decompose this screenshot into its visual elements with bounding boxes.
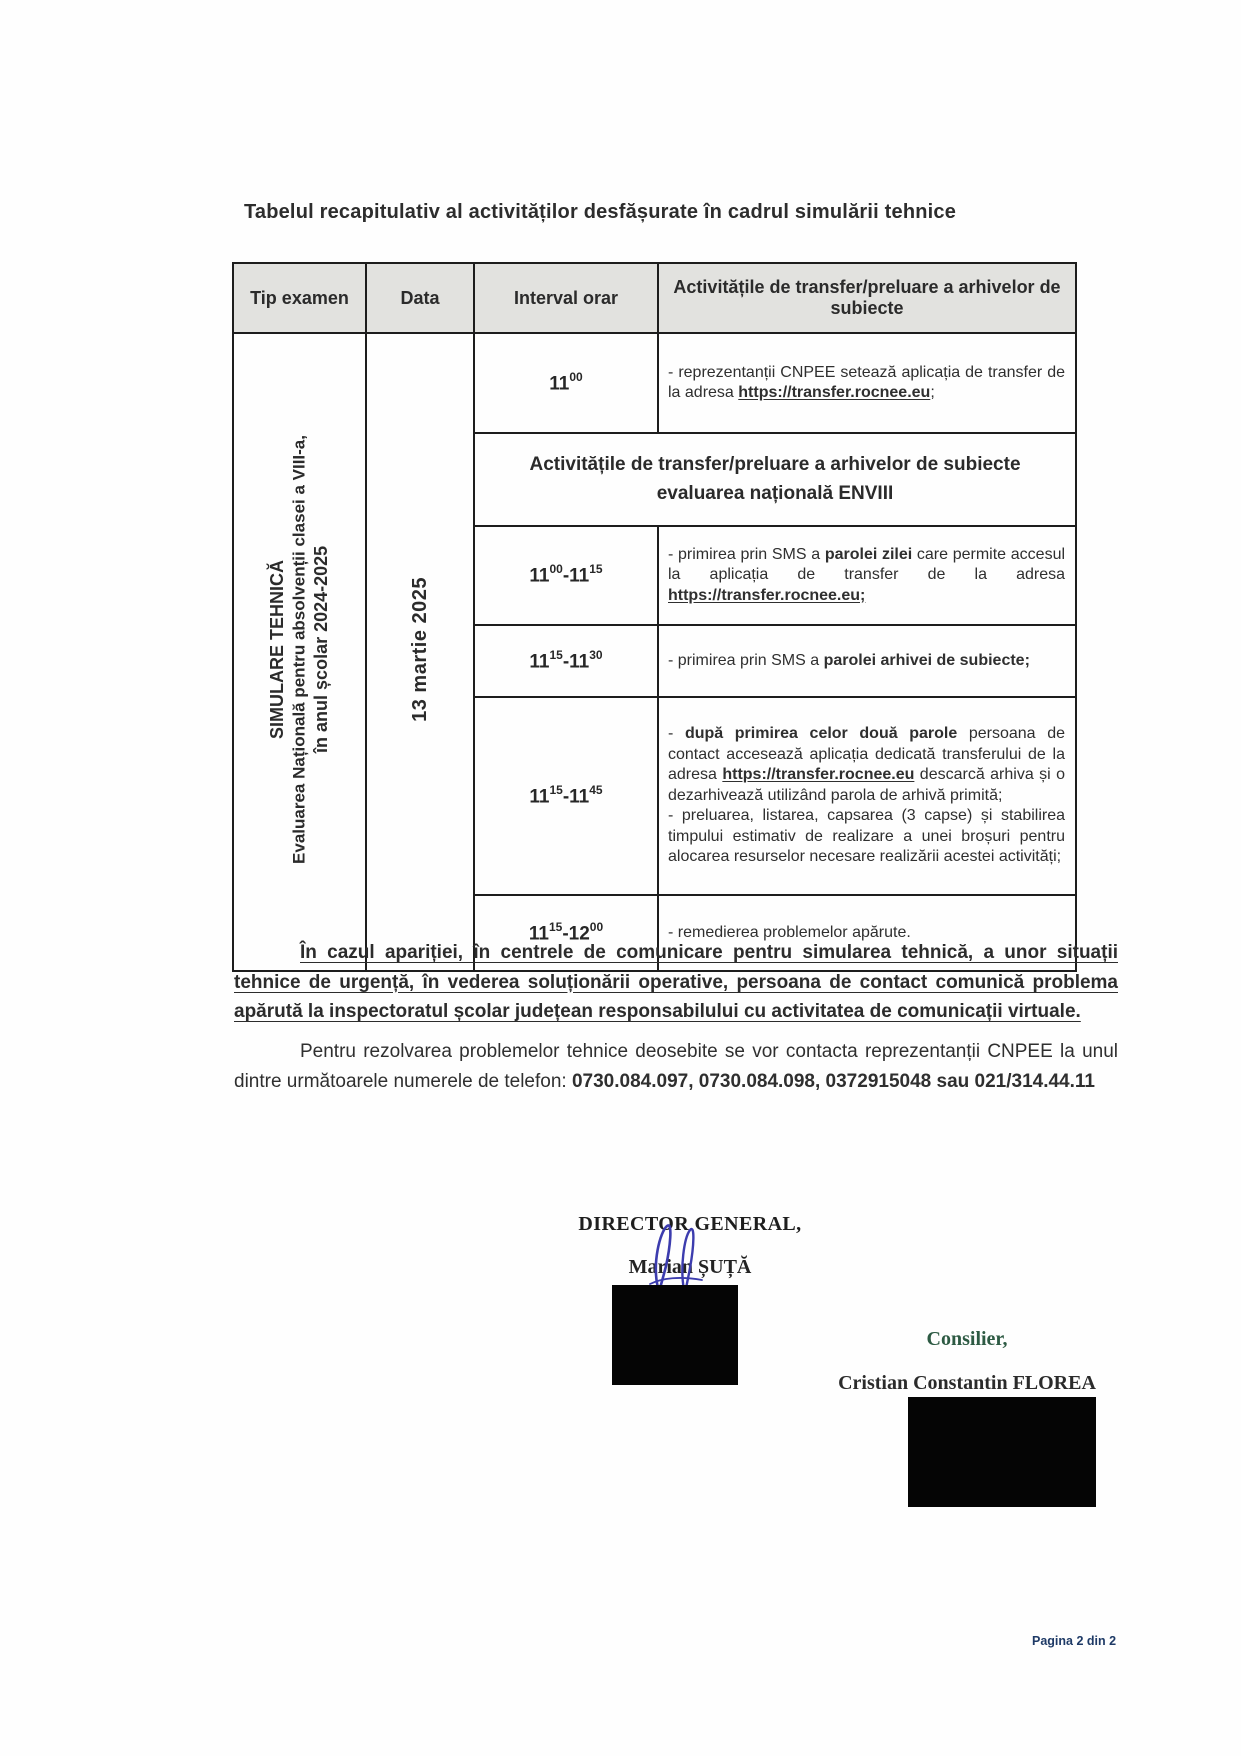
- activity-cell: - după primirea celor două parole persoa…: [658, 697, 1076, 895]
- header-exam-type: Tip examen: [233, 263, 366, 333]
- schedule-table: Tip examen Data Interval orar Activități…: [232, 262, 1077, 972]
- document-title: Tabelul recapitulativ al activităților d…: [232, 201, 968, 224]
- body-paragraphs: În cazul apariției, în centrele de comun…: [234, 938, 1118, 1096]
- activity-cell: - primirea prin SMS a parolei zilei care…: [658, 526, 1076, 625]
- interval-cell: 1100-1115: [474, 526, 658, 625]
- table-row: SIMULARE TEHNICĂ Evaluarea Națională pen…: [233, 333, 1076, 433]
- section-title-cell: Activitățile de transfer/preluare a arhi…: [474, 433, 1076, 526]
- activity-cell: - reprezentanții CNPEE setează aplicația…: [658, 333, 1076, 433]
- urgent-paragraph: În cazul apariției, în centrele de comun…: [234, 938, 1118, 1027]
- interval-cell: 1100: [474, 333, 658, 433]
- advisor-title: Consilier,: [807, 1328, 1127, 1351]
- exam-type-rotated-text: SIMULARE TEHNICĂ Evaluarea Națională pen…: [266, 435, 332, 864]
- header-interval: Interval orar: [474, 263, 658, 333]
- header-activities: Activitățile de transfer/preluare a arhi…: [658, 263, 1076, 333]
- date-rotated-text: 13 martie 2025: [408, 577, 433, 722]
- redaction-box: [612, 1285, 738, 1385]
- document-page: Tabelul recapitulativ al activităților d…: [0, 0, 1241, 1756]
- exam-type-cell: SIMULARE TEHNICĂ Evaluarea Națională pen…: [233, 333, 366, 971]
- table-header-row: Tip examen Data Interval orar Activități…: [233, 263, 1076, 333]
- header-date: Data: [366, 263, 474, 333]
- redaction-box: [908, 1397, 1096, 1507]
- page-number: Pagina 2 din 2: [1032, 1634, 1116, 1648]
- interval-cell: 1115-1145: [474, 697, 658, 895]
- contact-paragraph: Pentru rezolvarea problemelor tehnice de…: [234, 1037, 1118, 1096]
- advisor-name: Cristian Constantin FLOREA: [807, 1372, 1127, 1395]
- interval-cell: 1115-1130: [474, 625, 658, 697]
- activity-cell: - primirea prin SMS a parolei arhivei de…: [658, 625, 1076, 697]
- date-cell: 13 martie 2025: [366, 333, 474, 971]
